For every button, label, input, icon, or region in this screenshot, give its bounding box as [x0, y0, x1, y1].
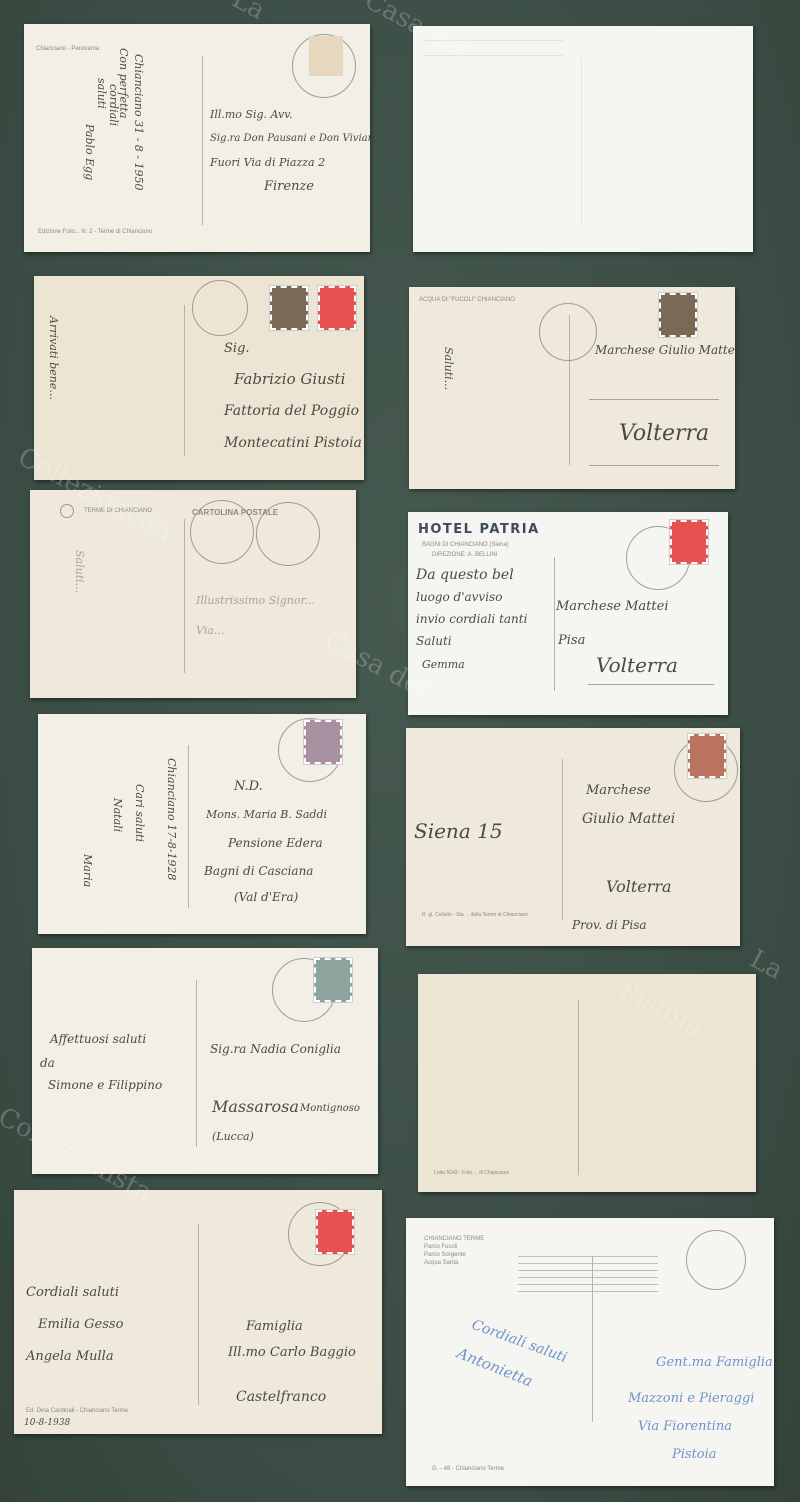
hotel-name: HOTEL PATRIA: [418, 522, 540, 537]
postcard-4: ACQUA DI "FUCOLI" CHIANCIANO Saluti... M…: [409, 287, 735, 489]
printed-footer: G. - 48 - Chianciano Terme: [432, 1466, 504, 1472]
printed-header: CHIANCIANO TERME: [424, 1236, 484, 1242]
postmark: [686, 1230, 746, 1290]
message-line: Emilia Gesso: [38, 1314, 123, 1336]
message-text: Saluti...: [68, 550, 90, 593]
card-divider: [188, 745, 189, 908]
address-line: Famiglia: [246, 1316, 303, 1338]
address-line: Sig.ra Don Pausani e Don Viviani: [210, 128, 370, 150]
postmark: [190, 500, 254, 564]
machine-cancellation: [518, 1250, 658, 1294]
message-line: Da questo bel: [416, 564, 514, 586]
stamp-red: [316, 1210, 354, 1254]
message-line: Natali: [106, 798, 128, 832]
address-rule: [588, 684, 714, 685]
message-line: Cordiali saluti: [26, 1282, 119, 1304]
message-signature: Pablo Egg: [78, 124, 100, 180]
address-line: (Val d'Era): [234, 886, 298, 908]
address-line: Fattoria del Poggio: [224, 400, 359, 422]
printed-header: ACQUA DI "FUCOLI" CHIANCIANO: [419, 297, 515, 303]
message-line: Cari saluti: [128, 784, 150, 842]
stamp-rust: [688, 734, 726, 778]
address-line: Ill.mo Carlo Baggio: [228, 1342, 356, 1364]
postcard-6: HOTEL PATRIA BAGNI DI CHIANCIANO (Siena)…: [408, 512, 728, 715]
address-line: Mons. Maria B. Saddi: [206, 804, 327, 826]
postcard-5: TERME DI CHIANCIANO CARTOLINA POSTALE Sa…: [30, 490, 356, 698]
printed-header: Parco Sorgente: [424, 1252, 466, 1258]
address-line: (Lucca): [212, 1126, 254, 1148]
address-line: N.D.: [234, 776, 263, 798]
message-signature: Maria: [76, 854, 98, 887]
postmark: [192, 280, 248, 336]
postcard-7: Chianciano 17-8-1928 Cari saluti Natali …: [38, 714, 366, 934]
card-divider: [202, 56, 203, 225]
address-line: Via...: [196, 620, 224, 642]
address-line: Mazzoni e Pieraggi: [628, 1388, 754, 1410]
message-date: Chianciano 17-8-1928: [160, 758, 182, 881]
address-line: Fabrizio Giusti: [234, 368, 345, 390]
card-divider: [184, 305, 185, 456]
card-divider: [581, 58, 582, 225]
printed-footer: R. gl. Collalto - Sta ... della Terme di…: [422, 912, 528, 918]
message-line: da: [40, 1052, 55, 1074]
postcard-10: Lotto 5043 - Foto ... di Chianciano: [418, 974, 756, 1192]
address-line: Prov. di Pisa: [572, 914, 647, 936]
stamp-brown: [270, 286, 308, 330]
address-line: Marchese: [586, 780, 651, 802]
message-line: Simone e Filippino: [48, 1074, 162, 1096]
stamp-removed: [309, 36, 343, 76]
address-city: Volterra: [596, 654, 678, 676]
address-city: Pistoia: [672, 1444, 717, 1466]
address-line: Montecatini Pistoia: [224, 432, 362, 454]
postcard-9: Affettuosi saluti da Simone e Filippino …: [32, 948, 378, 1174]
address-city: Firenze: [264, 176, 314, 198]
address-line: Bagni di Casciana: [204, 860, 313, 882]
address-line: Fuori Via di Piazza 2: [210, 152, 325, 174]
stamp-purple: [304, 720, 342, 764]
stamp-brown: [659, 293, 697, 337]
address-line: Pisa: [558, 630, 585, 652]
address-line: Ill.mo Sig. Avv.: [210, 104, 293, 126]
message-line: Saluti: [416, 630, 452, 652]
message-text: Arrivati bene...: [42, 316, 64, 400]
address-line: Marchese Mattei: [556, 596, 668, 618]
message-text: Siena 15: [414, 820, 503, 842]
postcard-3: Arrivati bene... Sig. Fabrizio Giusti Fa…: [34, 276, 364, 480]
printed-header: Parco Fucoli: [424, 1244, 457, 1250]
address-rule: [589, 399, 719, 400]
postmark: [256, 502, 320, 566]
message-line: luogo d'avviso: [416, 586, 502, 608]
stamp-red: [318, 286, 356, 330]
address-rule: [589, 465, 719, 466]
address-line: Sig.: [224, 338, 250, 360]
postcard-2: [413, 26, 753, 252]
printed-footer: Lotto 5043 - Foto ... di Chianciano: [434, 1170, 509, 1176]
printed-header-faint: [423, 40, 563, 56]
address-line: Gent.ma Famiglia: [656, 1352, 773, 1374]
message-line: Angela Mulla: [26, 1346, 114, 1368]
card-divider: [196, 980, 197, 1147]
printed-subtitle: BAGNI DI CHIANCIANO (Siena): [422, 542, 509, 548]
address-city: Castelfranco: [236, 1386, 326, 1408]
message-signature: Gemma: [422, 654, 465, 676]
postcard-1: Chianciano - Panorama Chianciano 31 - 8 …: [24, 24, 370, 252]
card-divider: [562, 759, 563, 920]
address-line: Montignoso: [300, 1098, 360, 1120]
stamp-teal: [314, 958, 352, 1002]
postmark: [539, 303, 597, 361]
postcard-8: Siena 15 Marchese Giulio Mattei Volterra…: [406, 728, 740, 946]
address-line: Marchese Giulio Mattei: [595, 339, 735, 361]
address-line: Pensione Edera: [228, 832, 323, 854]
message-line: invio cordiali tanti: [416, 608, 527, 630]
crest-icon: [60, 504, 74, 518]
address-line: Giulio Mattei: [582, 808, 675, 830]
card-divider: [198, 1224, 199, 1405]
printed-header: Chianciano - Panorama: [36, 46, 99, 52]
message-line: Affettuosi saluti: [50, 1028, 146, 1050]
postcard-11: Cordiali saluti Emilia Gesso Angela Mull…: [14, 1190, 382, 1434]
card-divider: [592, 1256, 593, 1422]
address-city: Volterra: [619, 423, 709, 445]
address-line: Sig.ra Nadia Coniglia: [210, 1038, 341, 1060]
message-text: Saluti...: [437, 347, 459, 390]
printed-footer: Edizione Foto... N. 2 - Terme di Chianci…: [38, 229, 152, 235]
address-city: Massarosa: [212, 1096, 299, 1118]
message-line: saluti: [90, 78, 112, 109]
card-divider: [578, 1000, 579, 1174]
postcard-12: CHIANCIANO TERME Parco Fucoli Parco Sorg…: [406, 1218, 774, 1486]
card-divider: [184, 519, 185, 673]
address-line: Illustrissimo Signor...: [196, 590, 315, 612]
address-city: Volterra: [606, 876, 672, 898]
stamp-red: [670, 520, 708, 564]
date-written: 10-8-1938: [24, 1412, 70, 1434]
printed-director: DIREZIONE: A. BELLINI: [432, 552, 497, 558]
address-line: Via Fiorentina: [638, 1416, 732, 1438]
printed-header: TERME DI CHIANCIANO: [84, 508, 152, 514]
card-divider: [554, 557, 555, 691]
printed-header: Acqua Santa: [424, 1260, 458, 1266]
